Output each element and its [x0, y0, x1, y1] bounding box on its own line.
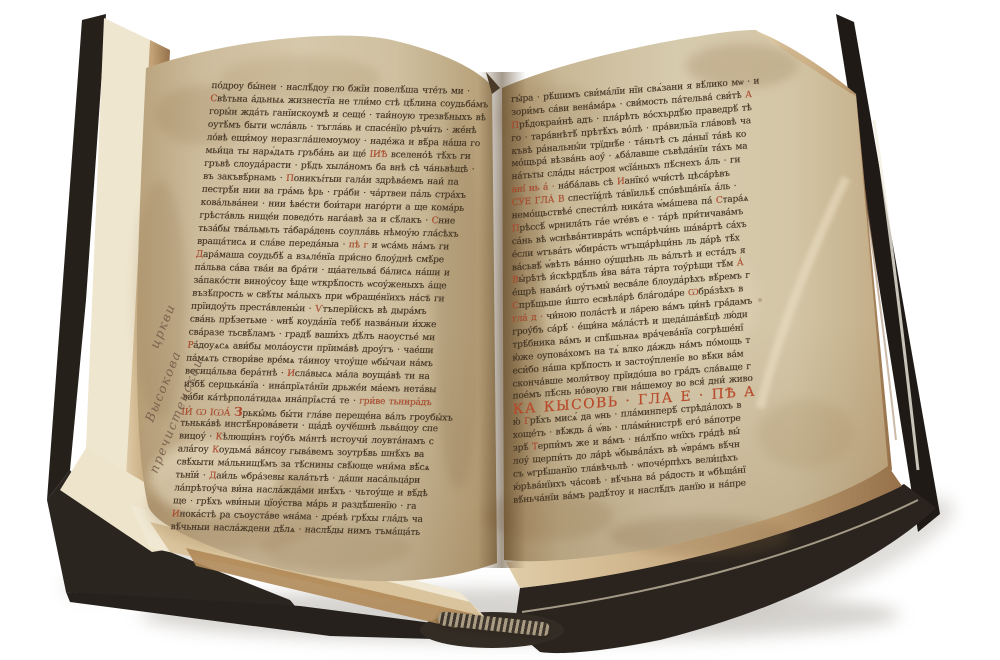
rubric-text: ані́ нь а́ ·	[511, 182, 554, 195]
left-page-text: по́дроу бы́неи · наслѣ́доу гю бжїи повел…	[170, 80, 500, 541]
ink-text: тьнїи́ ·	[175, 470, 206, 481]
rubric-text: ІИѢ	[365, 150, 387, 160]
rubric-text: гла́ д ·	[512, 312, 542, 324]
ink-text: ала́гоу	[177, 444, 209, 455]
ink-text: ю́	[513, 417, 521, 428]
ink-text: въ закъвѣ́рнамь ·	[203, 172, 283, 184]
ink-text: вицоу́ ·	[178, 431, 212, 442]
right-page-text: гы́ра · рѣ́шимъ сви́ма́лїи нїи свѧ́зани …	[511, 71, 813, 507]
manuscript-photo-scene: по́дроу бы́неи · наслѣ́доу гю бжїи повел…	[0, 0, 1000, 660]
rubric-text: Г	[520, 417, 529, 428]
rubric-text: П	[511, 120, 519, 131]
rubric-text: А́	[733, 259, 743, 270]
ink-text: зрѣ́	[513, 443, 529, 454]
rubric-text: П	[512, 224, 520, 235]
rubric-text: А	[741, 90, 751, 101]
ink-text: тъперїи́скъ вѣ дыра́мъ	[322, 305, 427, 317]
ink-text: прїидоу́ть преста́влены́и ·	[191, 302, 312, 315]
rubric-text: Т	[528, 442, 537, 453]
ink-text: сла́высѧ ма́ла воуща́вѣ ти на	[294, 369, 430, 382]
ink-text: тара́ѧ	[723, 194, 749, 206]
ink-text: враща́тисѧ и сла́ве переда́ныа ·	[197, 237, 346, 250]
ink-text: ние	[438, 216, 456, 226]
ink-text: и ѡса́мь на́мъ ги	[367, 241, 449, 253]
rubric-text: пѣ г	[345, 240, 369, 251]
ink-text: вселено́ѣ тѣ́хъ ги	[387, 150, 471, 162]
rubric-text: Ѡ	[684, 288, 698, 299]
rubric-text: гри́ве тьнира́дъ	[355, 396, 432, 408]
rubric-text: С	[712, 195, 722, 206]
rubric-text: И	[613, 177, 624, 188]
